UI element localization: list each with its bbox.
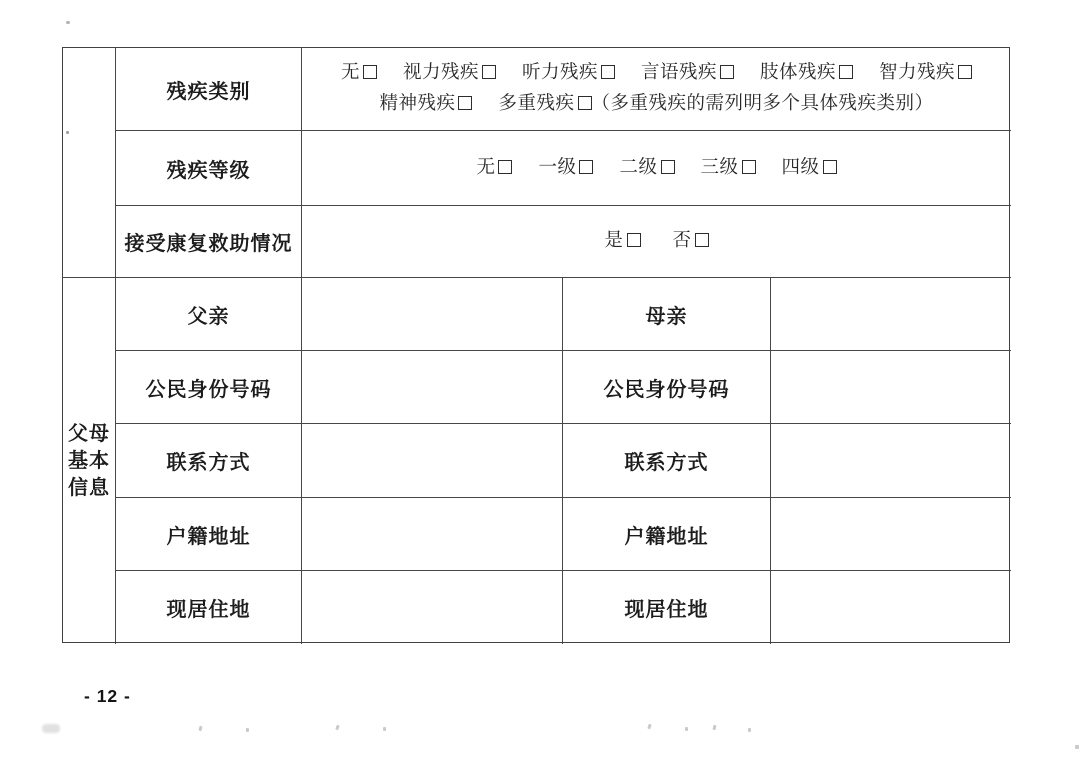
checkbox-icon — [498, 160, 512, 174]
option-label: 听力残疾 — [522, 63, 598, 83]
scan-speck — [685, 727, 688, 731]
checkbox-icon — [578, 96, 592, 110]
scan-speck — [712, 725, 716, 731]
checkbox-icon — [742, 160, 756, 174]
checkbox-icon — [458, 96, 472, 110]
category-label-line: 父母 — [68, 421, 110, 448]
scan-speck — [66, 21, 70, 24]
checkbox-icon — [579, 160, 593, 174]
father-name-field — [302, 278, 563, 351]
checkbox-option: 无 — [476, 153, 512, 183]
mother-id-number-field — [771, 351, 1011, 424]
option-label: 视力残疾 — [403, 63, 479, 83]
checkbox-option: 多重残疾（多重残疾的需列明多个具体残疾类别） — [498, 89, 933, 119]
checkbox-option: 视力残疾 — [403, 58, 496, 88]
father-household-address-field — [302, 498, 563, 571]
category-label-line: 基本 — [68, 448, 110, 475]
option-label: 否 — [673, 231, 692, 251]
option-label: 言语残疾 — [641, 63, 717, 83]
checkbox-icon — [661, 160, 675, 174]
option-label: 是 — [604, 231, 623, 251]
option-label: 精神残疾 — [379, 94, 455, 114]
row-label-mother-household-address: 户籍地址 — [563, 498, 771, 571]
checkbox-icon — [601, 65, 615, 79]
option-label: 智力残疾 — [879, 63, 955, 83]
mother-household-address-field — [771, 498, 1011, 571]
row-label-father-contact: 联系方式 — [116, 424, 302, 498]
row-label-disability-level: 残疾等级 — [116, 131, 302, 206]
row-label-mother-contact: 联系方式 — [563, 424, 771, 498]
checkbox-option: 智力残疾 — [879, 58, 972, 88]
checkbox-icon — [363, 65, 377, 79]
scan-speck — [198, 726, 202, 732]
mother-current-residence-field — [771, 571, 1011, 644]
checkbox-option: 三级 — [701, 153, 756, 183]
multiple-disability-note: （多重残疾的需列明多个具体残疾类别） — [592, 94, 934, 114]
scan-smudge — [42, 724, 60, 733]
checkbox-icon — [720, 65, 734, 79]
checkbox-icon — [823, 160, 837, 174]
form-table: 父母 基本 信息 残疾类别 无 视力残疾 听力残疾 言语残疾 肢体残疾 智力残疾… — [62, 47, 1010, 643]
row-label-mother: 母亲 — [563, 278, 771, 351]
scan-speck — [335, 725, 340, 731]
category-cell-parents-info: 父母 基本 信息 — [63, 278, 116, 644]
disability-category-options-line1: 无 视力残疾 听力残疾 言语残疾 肢体残疾 智力残疾 — [330, 58, 983, 89]
mother-name-field — [771, 278, 1011, 351]
category-label-line: 信息 — [68, 475, 110, 502]
option-label: 多重残疾 — [498, 94, 574, 114]
page-number: - 12 - — [84, 686, 131, 707]
rehab-assistance-options: 是 否 — [302, 206, 1011, 278]
checkbox-option: 言语残疾 — [641, 58, 734, 88]
scan-speck — [1075, 745, 1079, 749]
option-label: 四级 — [782, 158, 820, 178]
checkbox-option: 否 — [673, 226, 709, 256]
disability-level-options: 无 一级 二级 三级 四级 — [302, 131, 1011, 206]
row-label-father-household-address: 户籍地址 — [116, 498, 302, 571]
scan-speck — [748, 728, 751, 732]
scan-speck — [66, 131, 69, 134]
disability-category-options: 无 视力残疾 听力残疾 言语残疾 肢体残疾 智力残疾 精神残疾 多重残疾（多重残… — [302, 48, 1011, 131]
scan-speck — [647, 724, 651, 730]
option-label: 三级 — [701, 158, 739, 178]
option-label: 一级 — [538, 158, 576, 178]
checkbox-option: 精神残疾 — [379, 89, 472, 119]
row-label-rehab-assistance: 接受康复救助情况 — [116, 206, 302, 278]
row-label-father-id-number: 公民身份号码 — [116, 351, 302, 424]
checkbox-option: 听力残疾 — [522, 58, 615, 88]
checkbox-icon — [627, 233, 641, 247]
checkbox-option: 一级 — [538, 153, 593, 183]
option-label: 无 — [476, 158, 495, 178]
father-id-number-field — [302, 351, 563, 424]
option-label: 肢体残疾 — [760, 63, 836, 83]
category-cell-empty — [63, 48, 116, 278]
checkbox-option: 四级 — [782, 153, 837, 183]
option-label: 二级 — [619, 158, 657, 178]
checkbox-icon — [695, 233, 709, 247]
checkbox-option: 是 — [604, 226, 640, 256]
checkbox-option: 肢体残疾 — [760, 58, 853, 88]
row-label-mother-id-number: 公民身份号码 — [563, 351, 771, 424]
row-label-father: 父亲 — [116, 278, 302, 351]
checkbox-option: 二级 — [619, 153, 674, 183]
checkbox-option: 无 — [341, 58, 377, 88]
scan-speck — [383, 727, 386, 731]
row-label-father-current-residence: 现居住地 — [116, 571, 302, 644]
checkbox-icon — [958, 65, 972, 79]
row-label-mother-current-residence: 现居住地 — [563, 571, 771, 644]
disability-category-options-line2: 精神残疾 多重残疾（多重残疾的需列明多个具体残疾类别） — [368, 89, 944, 120]
father-current-residence-field — [302, 571, 563, 644]
row-label-disability-category: 残疾类别 — [116, 48, 302, 131]
scan-speck — [246, 728, 249, 732]
father-contact-field — [302, 424, 563, 498]
mother-contact-field — [771, 424, 1011, 498]
option-label: 无 — [341, 63, 360, 83]
checkbox-icon — [482, 65, 496, 79]
checkbox-icon — [839, 65, 853, 79]
